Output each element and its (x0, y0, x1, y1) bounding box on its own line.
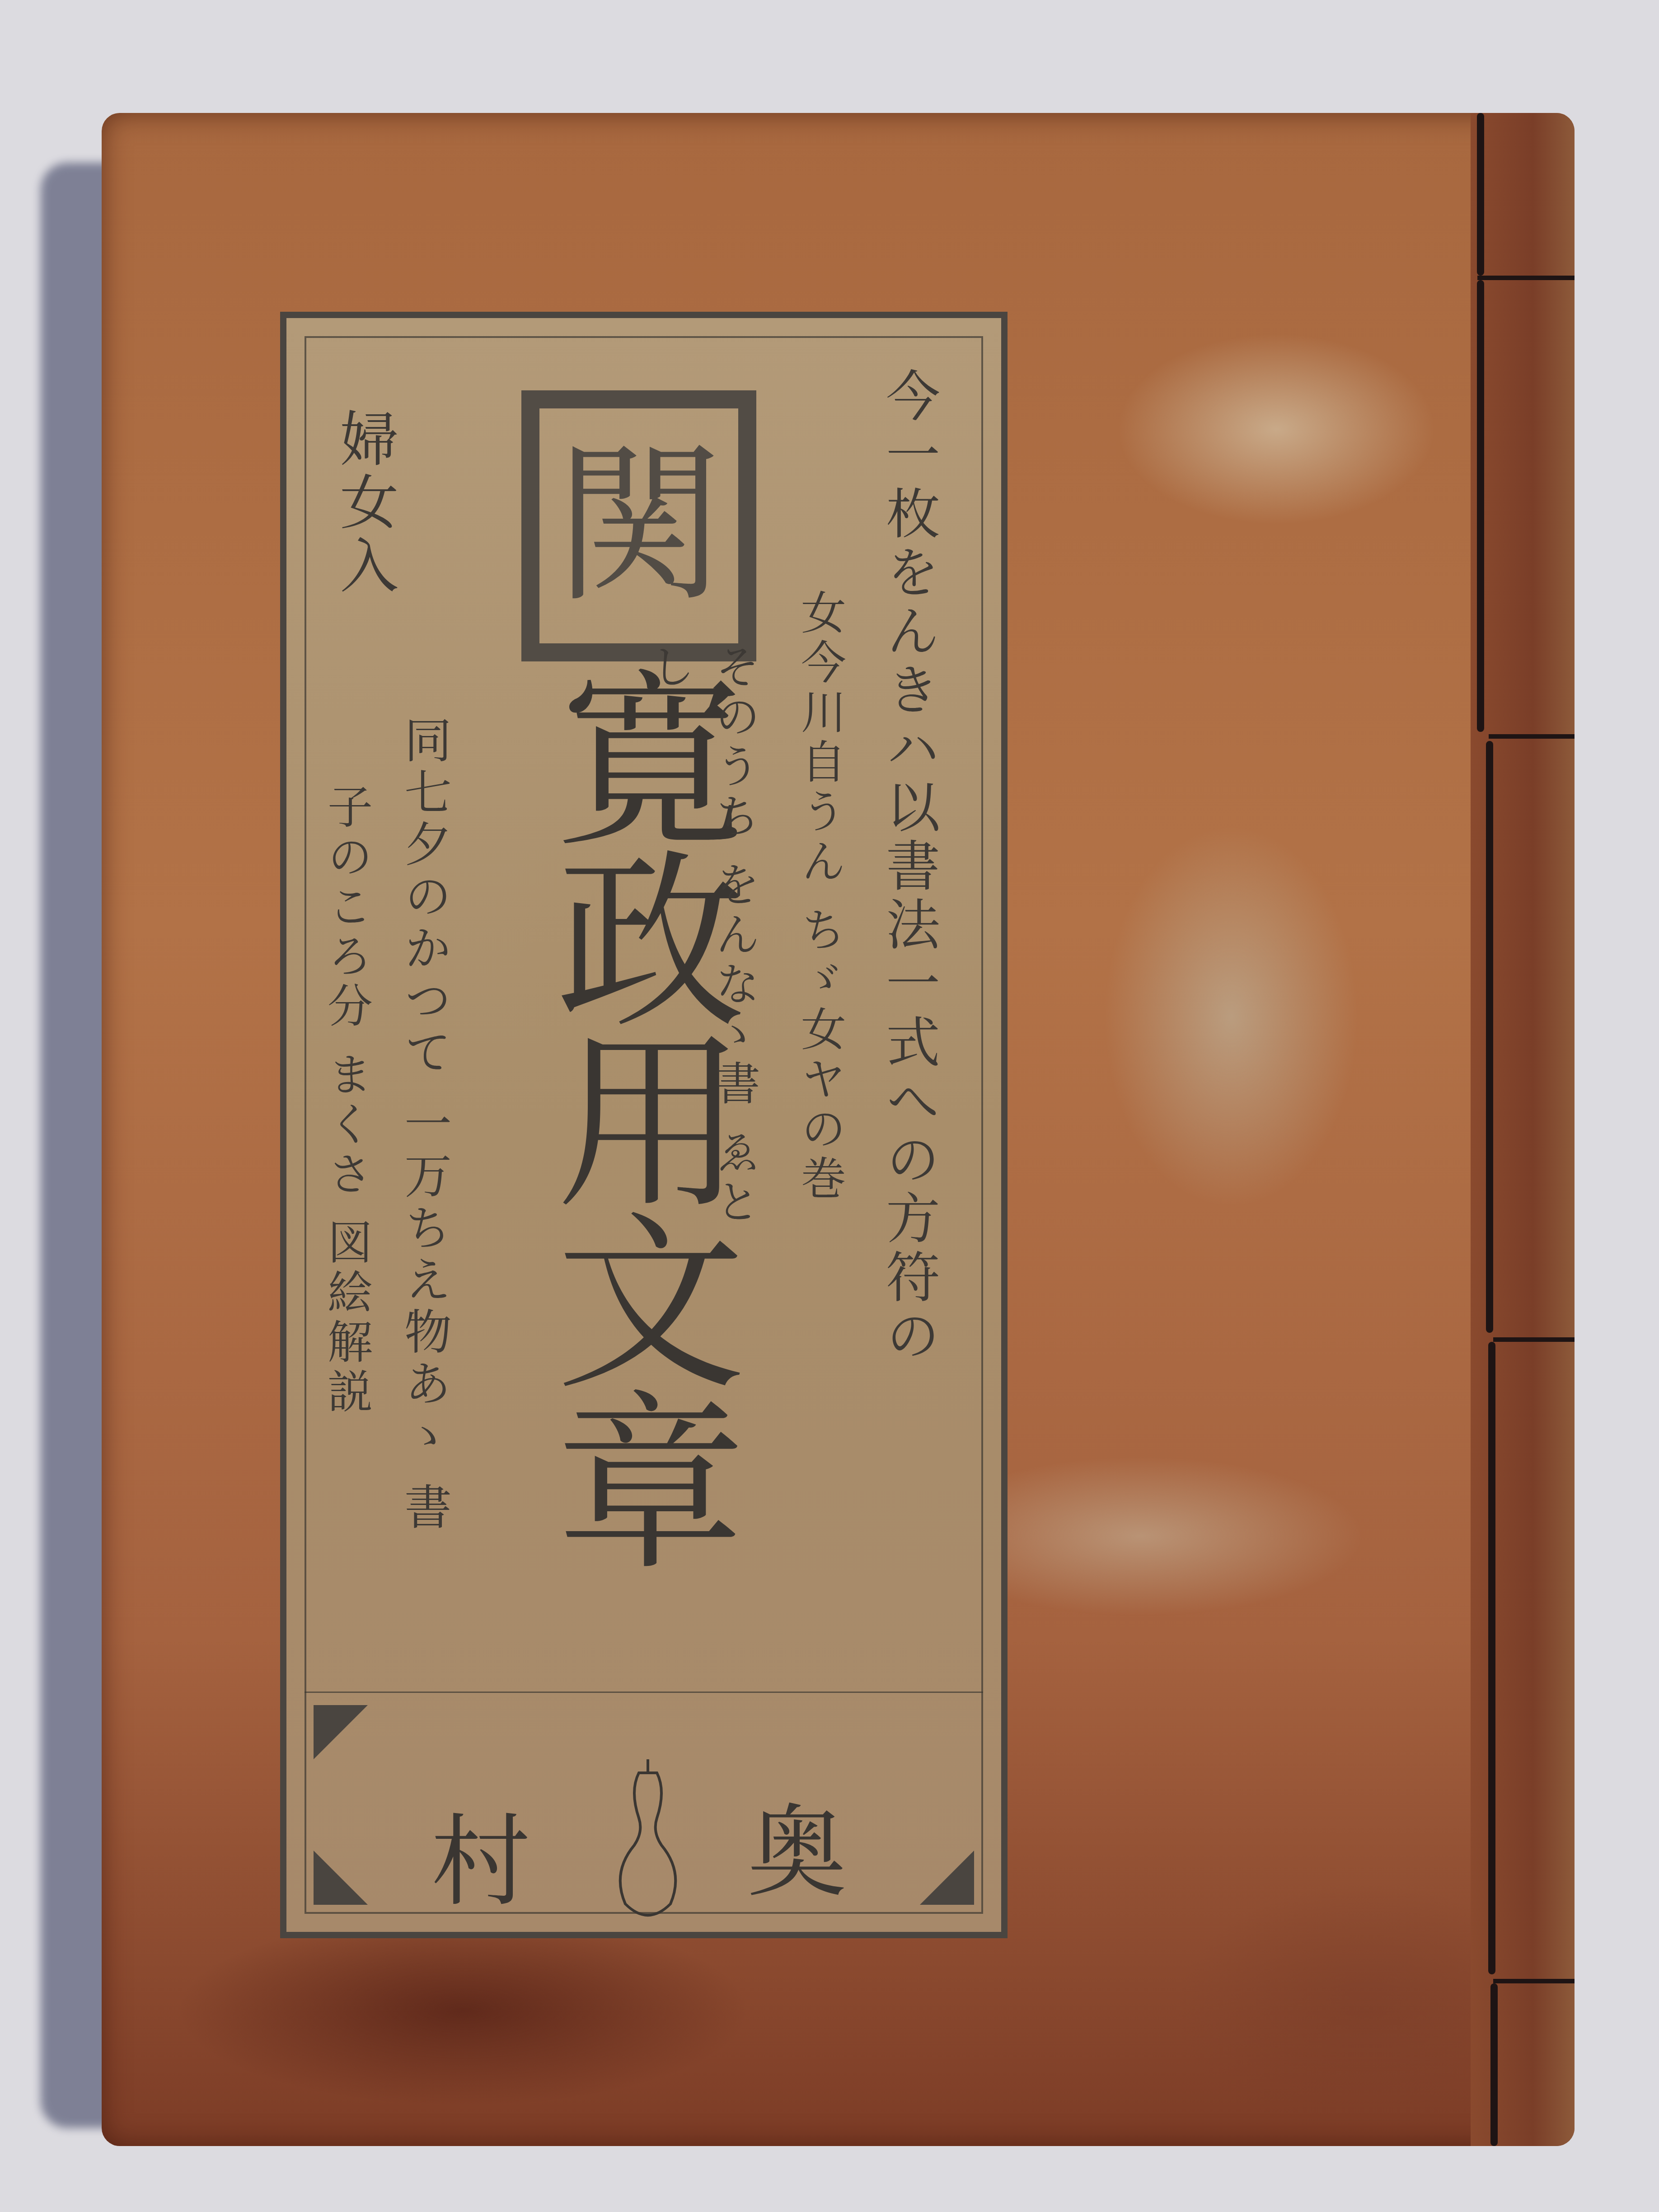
binding-thread (1490, 1983, 1498, 2146)
binding-thread (1477, 113, 1484, 276)
right-column-text: 今一枚をんきハ以書法一式への方符の (869, 368, 947, 1678)
seal-character: 関 (553, 440, 725, 612)
publisher-name-left: 村 (431, 1782, 530, 1925)
binding-thread (1493, 1979, 1575, 1983)
binding-thread (1493, 1337, 1575, 1342)
publisher-rule (305, 1692, 983, 1693)
gourd-emblem-icon (603, 1755, 693, 1926)
binding-thread (1477, 280, 1484, 732)
binding-thread (1477, 276, 1575, 280)
seal-mark: 関 (521, 390, 756, 661)
middle-column-text: そのうち をんなゝ書 ゑとし (636, 643, 766, 1276)
publisher-name-right: 奥 (747, 1773, 847, 1916)
left-column-text-2: 子のころ分 まくさ 図絵解説 (314, 783, 379, 1823)
book-cover: 関 寛政用文章 今一枚をんきハ以書法一式への方符の 女今川自うん ちゞ女ヤの巻 … (102, 113, 1575, 2146)
top-left-note: 婦女入 (323, 408, 407, 657)
binding-thread (1489, 734, 1575, 739)
title-label: 関 寛政用文章 今一枚をんきハ以書法一式への方符の 女今川自うん ちゞ女ヤの巻 … (280, 312, 1008, 1938)
left-column-text-1: 同七夕のかつて 一万ちえ物あゝ 書 (390, 716, 459, 1800)
right-column-text-2: 女今川自うん ちゞ女ヤの巻 (787, 589, 852, 1673)
binding-thread (1486, 741, 1493, 1333)
binding-thread (1488, 1342, 1495, 1974)
